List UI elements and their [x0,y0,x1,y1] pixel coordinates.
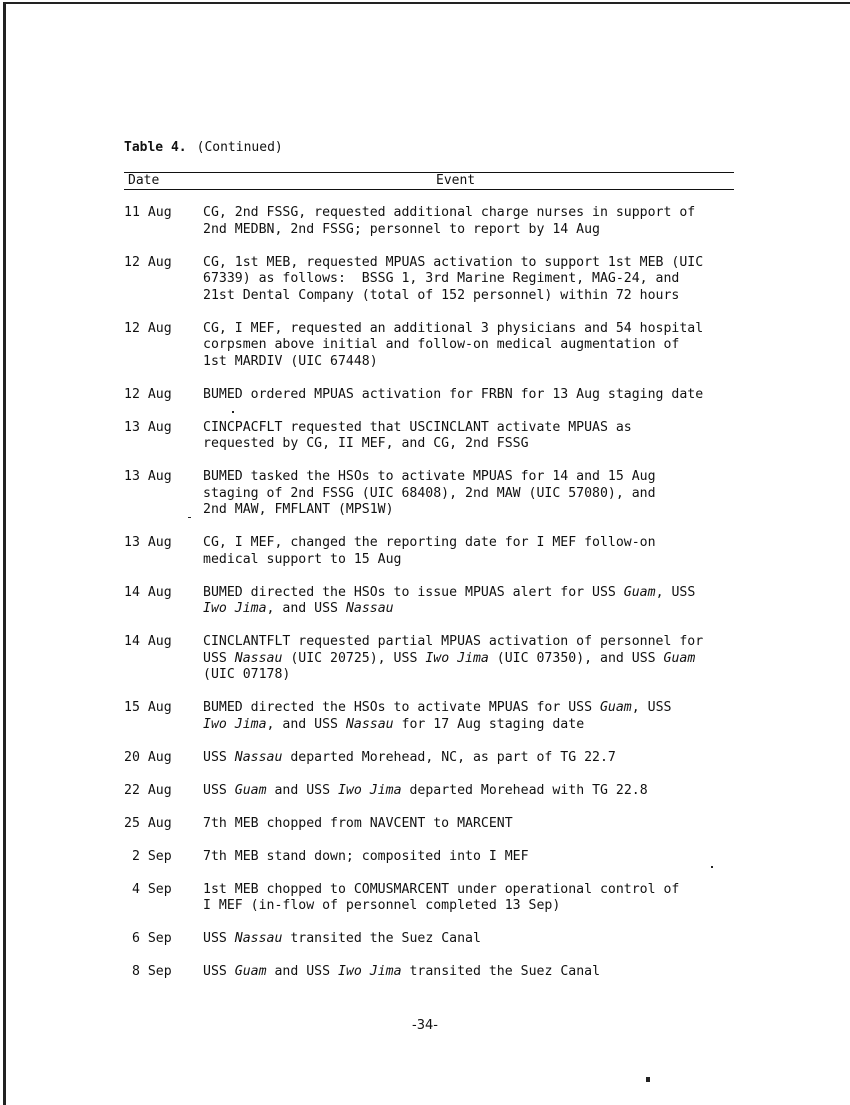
event-line: staging of 2nd FSSG (UIC 68408), 2nd MAW… [203,486,734,503]
row-date: 2 Sep [124,849,203,866]
event-line: 2nd MEDBN, 2nd FSSG; personnel to report… [203,222,734,239]
row-event: BUMED ordered MPUAS activation for FRBN … [203,387,734,404]
row-date: 11 Aug [124,205,203,238]
row-event: 7th MEB chopped from NAVCENT to MARCENT [203,816,734,833]
row-date: 25 Aug [124,816,203,833]
table-row: 12 AugCG, 1st MEB, requested MPUAS activ… [124,255,734,305]
row-event: USS Nassau transited the Suez Canal [203,931,734,948]
ship-name: Guam [624,585,656,600]
ship-name: Guam [600,700,632,715]
scan-speck [232,411,234,413]
column-header-date: Date [128,173,159,188]
row-event: BUMED tasked the HSOs to activate MPUAS … [203,469,734,519]
event-line: 7th MEB chopped from NAVCENT to MARCENT [203,816,734,833]
table-header-rule [124,189,734,190]
table-row: 14 AugBUMED directed the HSOs to issue M… [124,585,734,618]
event-line: USS Nassau departed Morehead, NC, as par… [203,750,734,767]
ship-name: Iwo Jima [338,964,402,979]
event-line: BUMED directed the HSOs to activate MPUA… [203,700,734,717]
table-row: 15 AugBUMED directed the HSOs to activat… [124,700,734,733]
table-row: 12 AugBUMED ordered MPUAS activation for… [124,387,734,404]
scan-speck [188,517,191,518]
event-line: 7th MEB stand down; composited into I ME… [203,849,734,866]
ship-name: Guam [664,651,696,666]
table-subtitle: (Continued) [197,140,283,155]
event-line: 21st Dental Company (total of 152 person… [203,288,734,305]
event-line: medical support to 15 Aug [203,552,734,569]
table-title: Table 4. [124,140,187,155]
ship-name: Guam [235,964,267,979]
event-line: (UIC 07178) [203,667,734,684]
ship-name: Nassau [235,750,283,765]
scan-border-top [4,2,850,4]
scan-speck [711,866,713,868]
row-date: 20 Aug [124,750,203,767]
row-event: USS Guam and USS Iwo Jima transited the … [203,964,734,981]
event-line: CG, I MEF, requested an additional 3 phy… [203,321,734,338]
event-line: USS Nassau (UIC 20725), USS Iwo Jima (UI… [203,651,734,668]
table-row: 11 AugCG, 2nd FSSG, requested additional… [124,205,734,238]
row-event: BUMED directed the HSOs to activate MPUA… [203,700,734,733]
event-line: BUMED tasked the HSOs to activate MPUAS … [203,469,734,486]
event-line: USS Nassau transited the Suez Canal [203,931,734,948]
document-page: Table 4.(Continued) Date Event 11 AugCG,… [124,140,734,997]
table-row: 25 Aug7th MEB chopped from NAVCENT to MA… [124,816,734,833]
event-line: BUMED directed the HSOs to issue MPUAS a… [203,585,734,602]
ship-name: Iwo Jima [338,783,402,798]
table-body: 11 AugCG, 2nd FSSG, requested additional… [124,205,734,981]
event-line: Iwo Jima, and USS Nassau for 17 Aug stag… [203,717,734,734]
table-row: 8 SepUSS Guam and USS Iwo Jima transited… [124,964,734,981]
ship-name: Iwo Jima [203,717,267,732]
event-line: CG, 1st MEB, requested MPUAS activation … [203,255,734,272]
event-line: corpsmen above initial and follow-on med… [203,337,734,354]
row-event: CG, 2nd FSSG, requested additional charg… [203,205,734,238]
event-line: Iwo Jima, and USS Nassau [203,601,734,618]
event-line: I MEF (in-flow of personnel completed 13… [203,898,734,915]
row-date: 22 Aug [124,783,203,800]
ship-name: Nassau [346,601,394,616]
table-caption: Table 4.(Continued) [124,140,734,160]
event-line: requested by CG, II MEF, and CG, 2nd FSS… [203,436,734,453]
row-date: 13 Aug [124,535,203,568]
table-row: 13 AugCG, I MEF, changed the reporting d… [124,535,734,568]
event-line: CINCPACFLT requested that USCINCLANT act… [203,420,734,437]
row-event: CG, 1st MEB, requested MPUAS activation … [203,255,734,305]
row-date: 14 Aug [124,585,203,618]
row-date: 12 Aug [124,321,203,371]
row-date: 12 Aug [124,387,203,404]
event-line: CG, I MEF, changed the reporting date fo… [203,535,734,552]
row-date: 14 Aug [124,634,203,684]
event-line: 1st MEB chopped to COMUSMARCENT under op… [203,882,734,899]
row-date: 15 Aug [124,700,203,733]
event-line: 1st MARDIV (UIC 67448) [203,354,734,371]
ship-name: Nassau [346,717,394,732]
event-line: CG, 2nd FSSG, requested additional charg… [203,205,734,222]
scan-speck [646,1077,650,1082]
ship-name: Iwo Jima [425,651,489,666]
table-row: 12 AugCG, I MEF, requested an additional… [124,321,734,371]
column-header-event: Event [436,173,475,188]
table-row: 20 AugUSS Nassau departed Morehead, NC, … [124,750,734,767]
table-row: 4 Sep1st MEB chopped to COMUSMARCENT und… [124,882,734,915]
row-event: USS Nassau departed Morehead, NC, as par… [203,750,734,767]
event-line: 67339) as follows: BSSG 1, 3rd Marine Re… [203,271,734,288]
row-date: 12 Aug [124,255,203,305]
row-event: 1st MEB chopped to COMUSMARCENT under op… [203,882,734,915]
ship-name: Guam [235,783,267,798]
table-row: 13 AugBUMED tasked the HSOs to activate … [124,469,734,519]
row-event: CG, I MEF, changed the reporting date fo… [203,535,734,568]
row-date: 4 Sep [124,882,203,915]
page-number: -34- [0,1018,850,1033]
ship-name: Iwo Jima [203,601,267,616]
table-row: 13 AugCINCPACFLT requested that USCINCLA… [124,420,734,453]
row-event: CG, I MEF, requested an additional 3 phy… [203,321,734,371]
ship-name: Nassau [235,651,283,666]
table-header: Date Event [124,173,734,189]
table-row: 14 AugCINCLANTFLT requested partial MPUA… [124,634,734,684]
row-date: 13 Aug [124,420,203,453]
row-event: USS Guam and USS Iwo Jima departed Moreh… [203,783,734,800]
row-event: CINCLANTFLT requested partial MPUAS acti… [203,634,734,684]
table-row: 6 SepUSS Nassau transited the Suez Canal [124,931,734,948]
event-line: USS Guam and USS Iwo Jima departed Moreh… [203,783,734,800]
event-line: 2nd MAW, FMFLANT (MPS1W) [203,502,734,519]
table-row: 2 Sep7th MEB stand down; composited into… [124,849,734,866]
row-date: 6 Sep [124,931,203,948]
event-line: CINCLANTFLT requested partial MPUAS acti… [203,634,734,651]
table-row: 22 AugUSS Guam and USS Iwo Jima departed… [124,783,734,800]
row-date: 8 Sep [124,964,203,981]
row-event: 7th MEB stand down; composited into I ME… [203,849,734,866]
scan-border-left [3,2,6,1105]
event-line: BUMED ordered MPUAS activation for FRBN … [203,387,734,404]
row-event: BUMED directed the HSOs to issue MPUAS a… [203,585,734,618]
ship-name: Nassau [235,931,283,946]
row-date: 13 Aug [124,469,203,519]
row-event: CINCPACFLT requested that USCINCLANT act… [203,420,734,453]
event-line: USS Guam and USS Iwo Jima transited the … [203,964,734,981]
